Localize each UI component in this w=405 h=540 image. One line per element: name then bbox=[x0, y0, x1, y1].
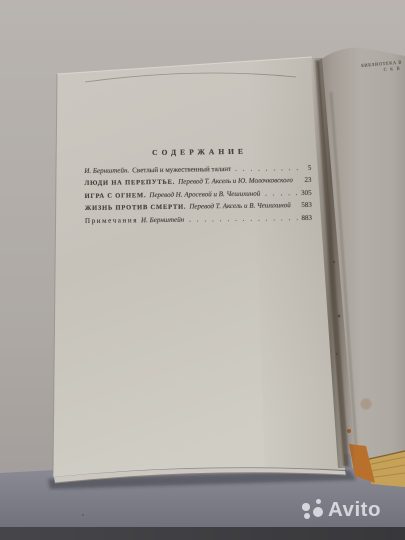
speck bbox=[333, 261, 335, 263]
toc-entry-title: ЛЮДИ НА ПЕРЕПУТЬЕ. bbox=[84, 179, 175, 187]
speck bbox=[338, 315, 341, 318]
table-of-contents: СОДЕРЖАНИЕ И. Бернштейн. Светлый и мужес… bbox=[84, 146, 312, 229]
dot-leader: . . . . . . . . . . . . . . . . . . . . … bbox=[263, 190, 299, 198]
book-photo: СОДЕРЖАНИЕ И. Бернштейн. Светлый и мужес… bbox=[0, 0, 405, 540]
avito-logo-icon bbox=[313, 507, 323, 517]
toc-entry-page: 23 bbox=[299, 176, 311, 184]
avito-wordmark: Avito bbox=[328, 498, 381, 522]
avito-logo-icon bbox=[316, 499, 321, 504]
toc-entry-title: ЖИЗНЬ ПРОТИВ СМЕРТИ. bbox=[85, 204, 187, 212]
avito-logo-icon bbox=[304, 513, 310, 519]
toc-entry-page: 583 bbox=[300, 201, 312, 209]
toc-entry-page: 305 bbox=[300, 189, 312, 197]
avito-logo-icon bbox=[302, 503, 310, 511]
photo-scene bbox=[0, 0, 405, 540]
toc-entry-page: 883 bbox=[300, 213, 312, 221]
dot-leader: . . . . . . . . . . . . . . . . . . . . … bbox=[233, 165, 299, 173]
speck bbox=[336, 353, 338, 355]
toc-entry-title: Светлый и мужественный талант bbox=[132, 165, 231, 174]
table-speck bbox=[82, 514, 84, 516]
toc-entry-translators: Перевод Т. Аксель и В. Чешихиной bbox=[189, 201, 291, 210]
toc-heading: СОДЕРЖАНИЕ bbox=[84, 146, 311, 158]
toc-entry-author: И. Бернштейн bbox=[141, 215, 184, 224]
avito-watermark: Avito bbox=[297, 495, 403, 533]
toc-entry-translators: Перевод Н. Аросевой и В. Чешихиной bbox=[149, 189, 260, 199]
toc-entry-page: 5 bbox=[299, 164, 311, 172]
dot-leader: . . . . . . . . . . . . . . . . . . . . … bbox=[187, 215, 300, 224]
toc-entry-title: Примечания bbox=[85, 216, 138, 225]
toc-entry-author: И. Бернштейн. bbox=[84, 166, 129, 175]
toc-entry-translators: Перевод Т. Аксель и Ю. Молочковского bbox=[178, 176, 293, 186]
page-stain bbox=[361, 399, 372, 410]
toc-entry-title: ИГРА С ОГНЕМ. bbox=[85, 192, 147, 200]
